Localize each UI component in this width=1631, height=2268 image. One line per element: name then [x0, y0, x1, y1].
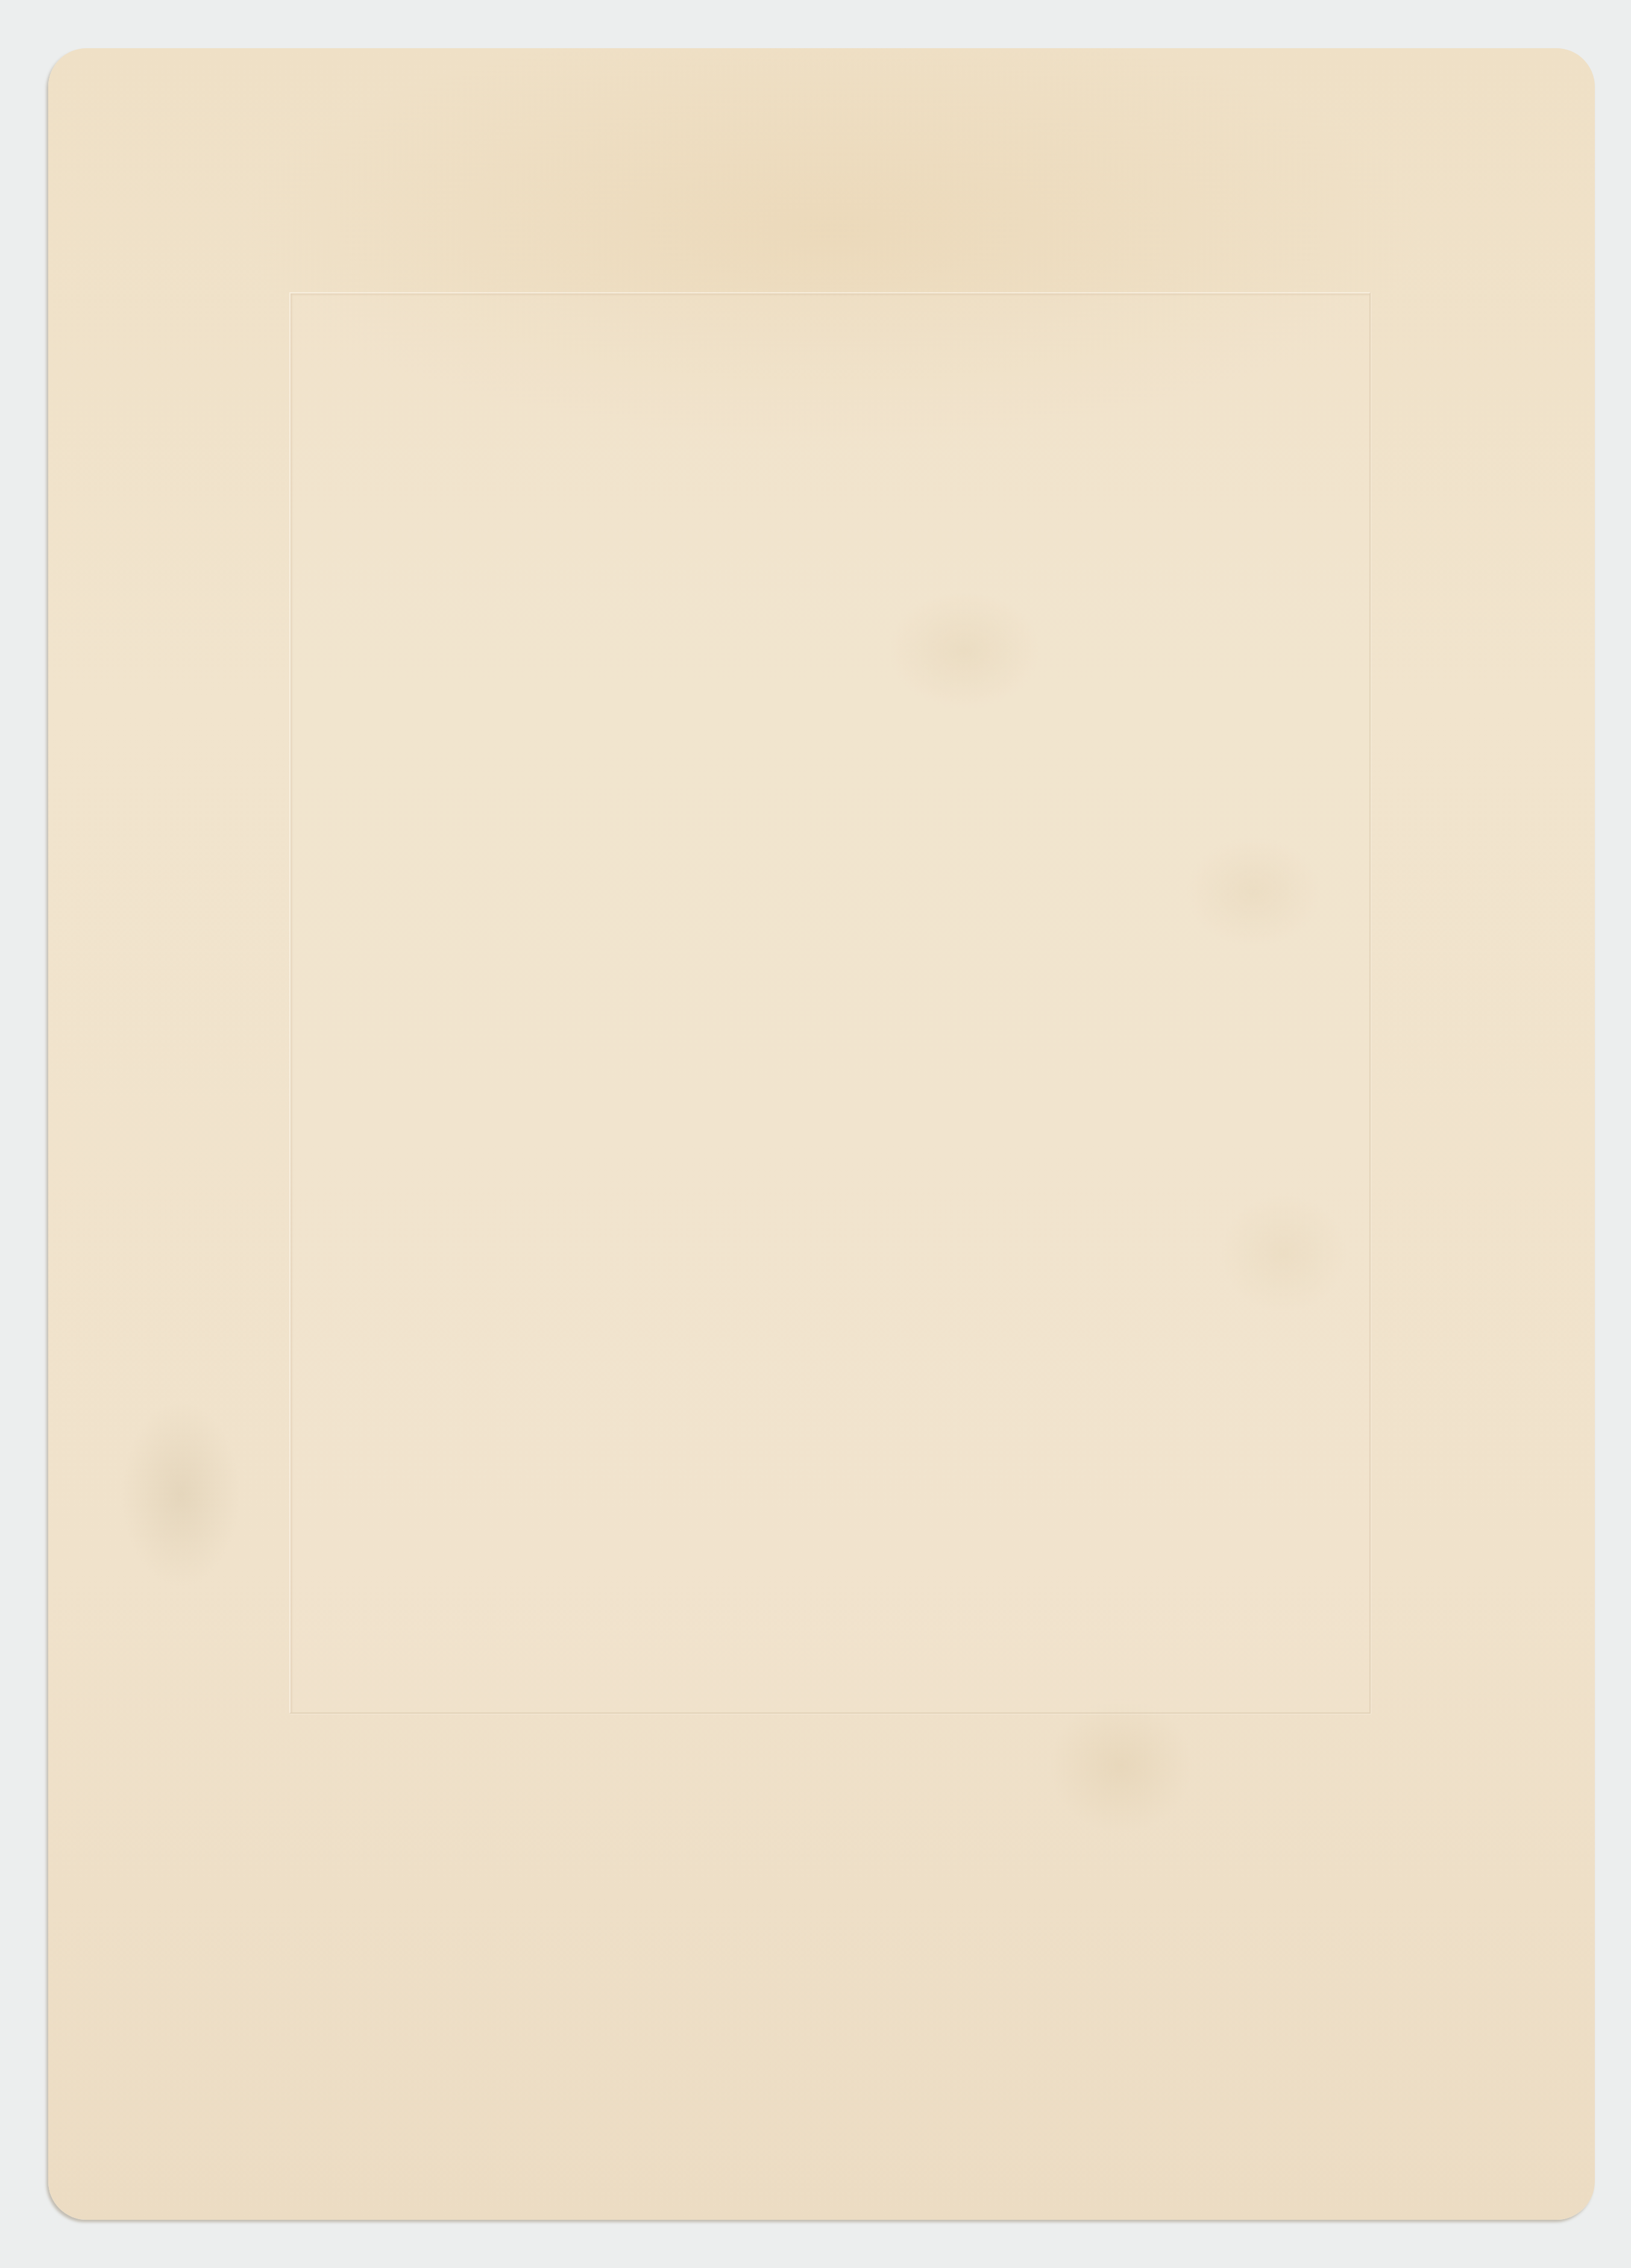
cabinet-card-back: [48, 48, 1595, 2220]
embossed-photo-frame: [289, 292, 1371, 1714]
faded-stamp-mark: [542, 175, 796, 211]
